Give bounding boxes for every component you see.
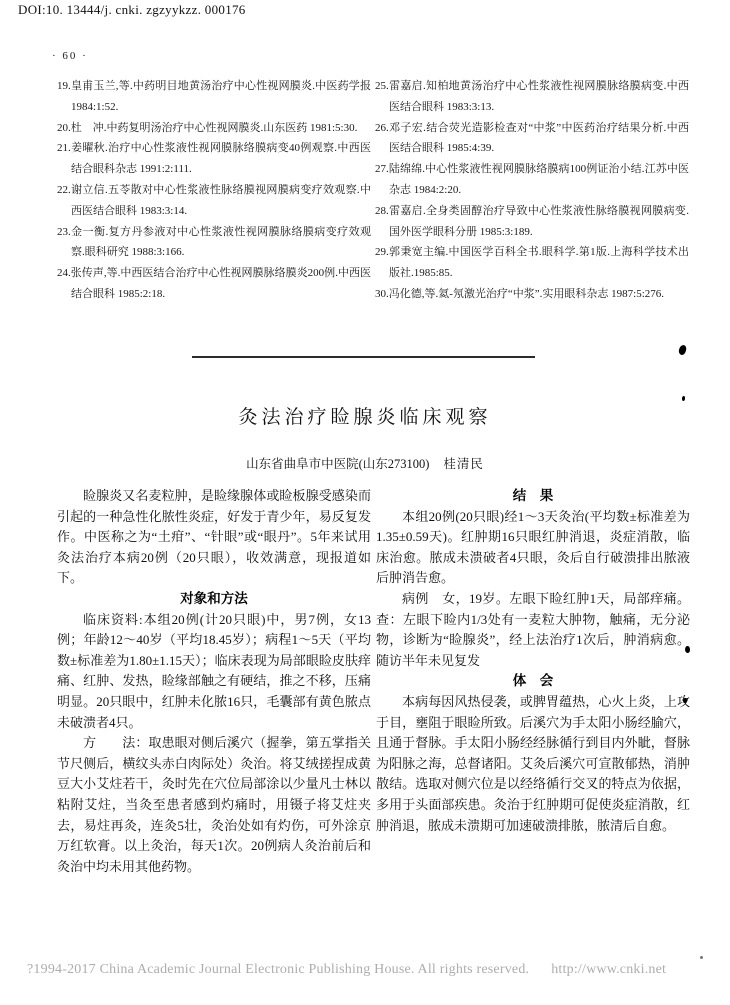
discussion-paragraph: 本病每因风热侵袭，或脾胃蕴热，心火上炎，上攻于目，壅阻于眼睑所致。后溪穴为手太阳… <box>376 692 690 836</box>
ink-speck <box>678 344 687 355</box>
method-paragraph: 方 法：取患眼对侧后溪穴（握拳，第五掌指关节尺侧后，横纹头赤白肉际处）灸治。将艾… <box>57 733 371 877</box>
article-body: 睑腺炎又名麦粒肿，是睑缘腺体或睑板腺受感染而引起的一种急性化脓性炎症，好发于青少… <box>57 486 690 877</box>
reference-item: 26.邓子宏.结合荧光造影检查对“中浆”中医药治疗结果分析.中西医结合眼科 19… <box>375 118 689 160</box>
reference-item: 24.张传声,等.中西医结合治疗中心性视网膜脉络膜炎200例.中西医结合眼科 1… <box>57 263 371 305</box>
article-byline: 山东省曲阜市中医院(山东273100)桂清民 <box>0 454 730 472</box>
body-column-left: 睑腺炎又名麦粒肿，是睑缘腺体或睑板腺受感染而引起的一种急性化脓性炎症，好发于青少… <box>57 486 371 877</box>
footer-copyright: ?1994-2017 China Academic Journal Electr… <box>27 962 717 978</box>
reference-item: 30.冯化德,等.氦-氖激光治疗“中浆”.实用眼科杂志 1987:5:276. <box>375 284 689 305</box>
author-affiliation: 山东省曲阜市中医院(山东273100) <box>246 457 429 471</box>
ink-speck <box>682 396 685 401</box>
case-report-paragraph: 病例 女，19岁。左眼下睑红肿1天，局部痒痛。查：左眼下睑内1/3处有一麦粒大肿… <box>376 589 690 671</box>
reference-item: 19.皇甫玉兰,等.中药明目地黄汤治疗中心性视网膜炎.中医药学报 1984:1:… <box>57 76 371 118</box>
reference-item: 28.雷嘉启.全身类固醇治疗导致中心性浆液性脉络膜视网膜病变.国外医学眼科分册 … <box>375 201 689 243</box>
ink-speck <box>683 698 687 703</box>
reference-item: 29.郭秉宽主编.中国医学百科全书.眼科学.第1版.上海科学技术出版社.1985… <box>375 242 689 284</box>
intro-paragraph: 睑腺炎又名麦粒肿，是睑缘腺体或睑板腺受感染而引起的一种急性化脓性炎症，好发于青少… <box>57 486 371 589</box>
reference-list: 19.皇甫玉兰,等.中药明目地黄汤治疗中心性视网膜炎.中医药学报 1984:1:… <box>57 76 690 305</box>
body-column-right: 结 果 本组20例(20只眼)经1～3天灸治(平均数±标准差为1.35±0.59… <box>376 486 690 877</box>
reference-item: 22.谢立信.五苓散对中心性浆液性脉络膜视网膜病变疗效观察.中西医结合眼科 19… <box>57 180 371 222</box>
reference-column-left: 19.皇甫玉兰,等.中药明目地黄汤治疗中心性视网膜炎.中医药学报 1984:1:… <box>57 76 371 305</box>
page-number: · 60 · <box>52 50 88 62</box>
clinical-data-paragraph: 临床资料:本组20例(计20只眼)中，男7例，女13例；年龄12～40岁（平均1… <box>57 610 371 734</box>
footer-copyright-text: ?1994-2017 China Academic Journal Electr… <box>27 962 529 977</box>
section-heading-results: 结 果 <box>376 486 690 507</box>
doi-text: DOI:10. 13444/j. cnki. zgzyykzz. 000176 <box>18 2 246 18</box>
reference-item: 25.雷嘉启.知柏地黄汤治疗中心性浆液性视网膜脉络膜病变.中西医结合眼科 198… <box>375 76 689 118</box>
reference-item: 23.金一衡.复方丹参液对中心性浆液性视网膜脉络膜病变疗效观察.眼科研究 198… <box>57 222 371 264</box>
reference-item: 21.姜曜秋.治疗中心性浆液性视网膜脉络膜病变40例观察.中西医结合眼科杂志 1… <box>57 138 371 180</box>
author-name: 桂清民 <box>443 457 484 471</box>
ink-speck <box>700 956 703 959</box>
results-paragraph: 本组20例(20只眼)经1～3天灸治(平均数±标准差为1.35±0.59天)。红… <box>376 507 690 589</box>
section-heading-discussion: 体 会 <box>376 671 690 692</box>
article-title: 灸法治疗睑腺炎临床观察 <box>0 402 730 429</box>
reference-item: 27.陆绵绵.中心性浆液性视网膜脉络膜病100例证治小结.江苏中医杂志 1984… <box>375 159 689 201</box>
scanned-paper-page: DOI:10. 13444/j. cnki. zgzyykzz. 000176 … <box>0 0 730 1005</box>
footer-url: http://www.cnki.net <box>551 962 666 977</box>
section-heading-methods: 对象和方法 <box>57 589 371 610</box>
reference-item: 20.杜 冲.中药复明汤治疗中心性视网膜炎.山东医药 1981:5:30. <box>57 118 371 139</box>
section-divider-rule <box>192 356 535 358</box>
reference-column-right: 25.雷嘉启.知柏地黄汤治疗中心性浆液性视网膜脉络膜病变.中西医结合眼科 198… <box>375 76 689 305</box>
